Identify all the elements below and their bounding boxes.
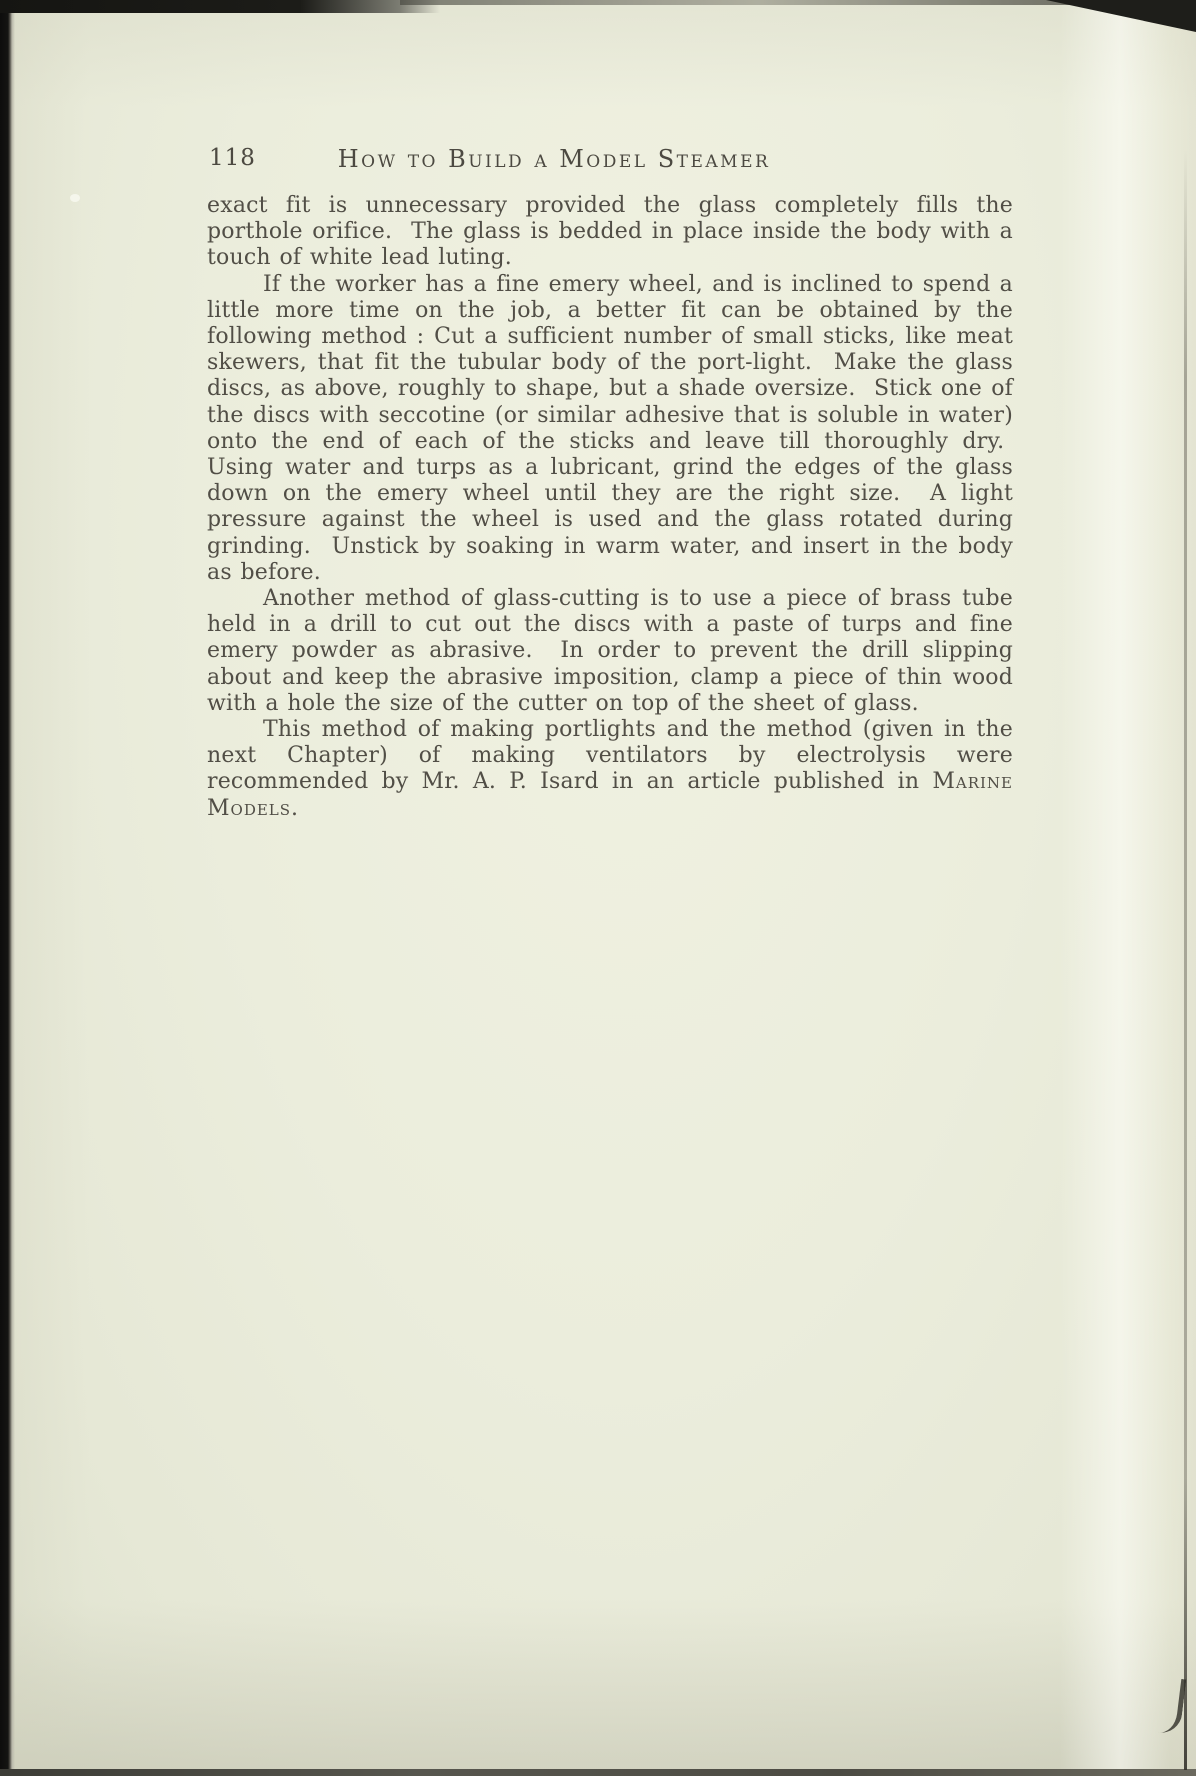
scan-corner-top-right (1046, 0, 1196, 32)
paragraph-text: Another method of glass-cutting is to us… (207, 586, 1013, 716)
running-title: How to Build a Model Steamer (151, 145, 957, 173)
body-text: exact fit is unnecessary provided the gl… (207, 193, 1013, 822)
scan-edge-left (0, 0, 15, 1776)
paragraph-text: If the worker has a fine emery wheel, an… (207, 272, 1013, 585)
page-edge-shadow-line (1184, 150, 1187, 1770)
paragraph: exact fit is unnecessary provided the gl… (207, 193, 1013, 272)
paragraph-text: This method of making portlights and the… (207, 717, 1013, 794)
page-header: 118 How to Build a Model Steamer (207, 145, 1013, 175)
paragraph: This method of making portlights and the… (207, 717, 1013, 822)
scan-edge-top (0, 0, 440, 13)
paragraph-text: exact fit is unnecessary provided the gl… (207, 193, 1013, 270)
paragraph: If the worker has a fine emery wheel, an… (207, 272, 1013, 586)
scan-speck (70, 194, 80, 202)
page-edge-mark (1159, 1677, 1187, 1735)
scan-edge-bottom (0, 1769, 1196, 1776)
paragraph: Another method of glass-cutting is to us… (207, 586, 1013, 717)
scanned-book-page: 118 How to Build a Model Steamer exact f… (0, 0, 1196, 1776)
